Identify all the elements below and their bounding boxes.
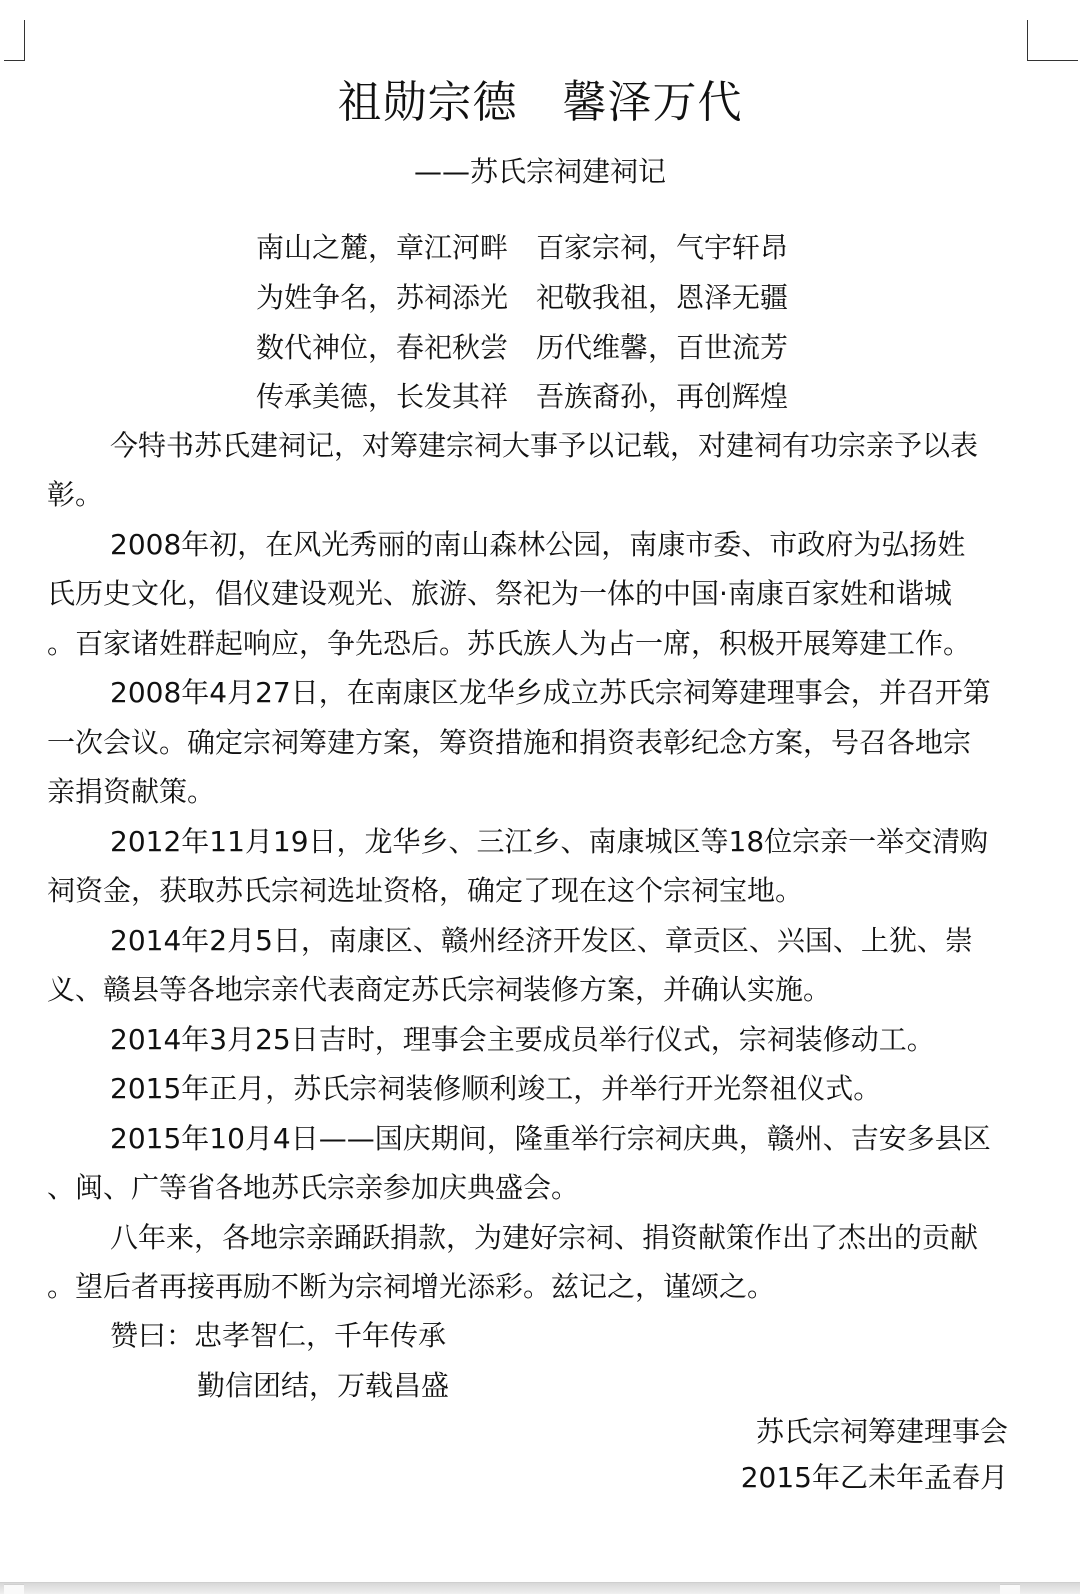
paragraph-line: 亲捐资献策。 bbox=[47, 770, 215, 810]
paragraph-line: 。百家诸姓群起响应，争先恐后。苏氏族人为占一席，积极开展筹建工作。 bbox=[47, 622, 971, 662]
document-subtitle: ——苏氏宗祠建祠记 bbox=[0, 150, 1080, 190]
eulogy-line-1: 赞曰：忠孝智仁，千年传承 bbox=[110, 1314, 446, 1354]
verse-line: 传承美德，长发其祥 吾族裔孙，再创辉煌 bbox=[256, 375, 788, 415]
paragraph-line: 2014年3月25日吉时，理事会主要成员举行仪式，宗祠装修动工。 bbox=[110, 1018, 935, 1058]
verse-line: 为姓争名，苏祠添光 祀敬我祖，恩泽无疆 bbox=[256, 276, 788, 316]
paragraph-line: 2014年2月5日，南康区、赣州经济开发区、章贡区、兴国、上犹、崇 bbox=[110, 919, 973, 959]
paragraph-line: 彰。 bbox=[47, 473, 103, 513]
paragraph-line: 义、赣县等各地宗亲代表商定苏氏宗祠装修方案，并确认实施。 bbox=[47, 968, 831, 1008]
paragraph-line: 祠资金，获取苏氏宗祠选址资格，确定了现在这个宗祠宝地。 bbox=[47, 869, 803, 909]
signature-organization: 苏氏宗祠筹建理事会 bbox=[756, 1410, 1008, 1450]
paragraph-line: 。望后者再接再励不断为宗祠增光添彩。兹记之，谨颂之。 bbox=[47, 1265, 775, 1305]
page-bottom-edge bbox=[0, 1582, 1080, 1594]
paragraph-line: 2008年4月27日，在南康区龙华乡成立苏氏宗祠筹建理事会，并召开第 bbox=[110, 671, 991, 711]
paragraph-line: 、闽、广等省各地苏氏宗亲参加庆典盛会。 bbox=[47, 1166, 579, 1206]
page-margin-corner-bottom-left bbox=[4, 1584, 24, 1594]
verse-line: 数代神位，春祀秋尝 历代维馨，百世流芳 bbox=[256, 326, 788, 366]
page-margin-corner-top-left bbox=[4, 20, 25, 61]
document-title: 祖勋宗德 馨泽万代 bbox=[0, 66, 1080, 130]
document-page: 祖勋宗德 馨泽万代 ——苏氏宗祠建祠记 南山之麓，章江河畔 百家宗祠，气宇轩昂 … bbox=[0, 0, 1080, 1580]
paragraph-line: 氏历史文化，倡仪建设观光、旅游、祭祀为一体的中国·南康百家姓和谐城 bbox=[47, 572, 952, 612]
paragraph-line: 2015年正月，苏氏宗祠装修顺利竣工，并举行开光祭祖仪式。 bbox=[110, 1067, 881, 1107]
paragraph-line: 八年来，各地宗亲踊跃捐款，为建好宗祠、捐资献策作出了杰出的贡献 bbox=[110, 1216, 978, 1256]
verse-line: 南山之麓，章江河畔 百家宗祠，气宇轩昂 bbox=[256, 226, 788, 266]
page-margin-corner-bottom-right bbox=[1000, 1584, 1020, 1594]
page-margin-corner-top-right bbox=[1027, 20, 1078, 61]
signature-date: 2015年乙未年孟春月 bbox=[741, 1456, 1008, 1496]
eulogy-line-2: 勤信团结，万载昌盛 bbox=[197, 1364, 449, 1404]
paragraph-line: 2015年10月4日——国庆期间，隆重举行宗祠庆典，赣州、吉安多县区 bbox=[110, 1117, 991, 1157]
paragraph-line: 一次会议。确定宗祠筹建方案，筹资措施和捐资表彰纪念方案，号召各地宗 bbox=[47, 721, 971, 761]
paragraph-line: 今特书苏氏建祠记，对筹建宗祠大事予以记载，对建祠有功宗亲予以表 bbox=[110, 424, 978, 464]
paragraph-line: 2008年初，在风光秀丽的南山森林公园，南康市委、市政府为弘扬姓 bbox=[110, 523, 965, 563]
paragraph-line: 2012年11月19日，龙华乡、三江乡、南康城区等18位宗亲一举交清购 bbox=[110, 820, 988, 860]
